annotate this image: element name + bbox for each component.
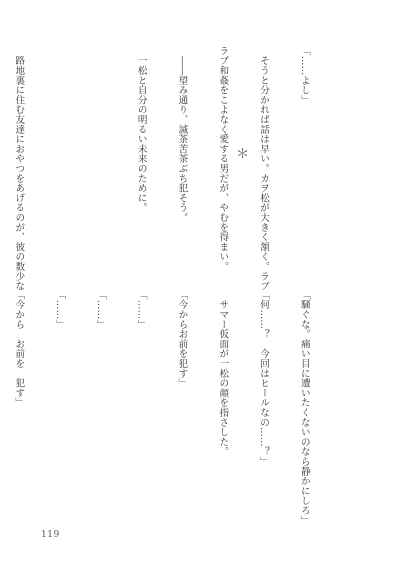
text-line: 路地裏に住む友達におやつをあげるのが、彼の数少な: [12, 46, 26, 278]
text-line: そうと分かれば話は早い。カヲ松が大きく頷く。ラブ: [256, 46, 270, 278]
text-line: 「今からお前を犯す」: [175, 290, 189, 522]
section-gap: [93, 46, 107, 278]
text-line: 「……」: [53, 290, 67, 522]
text-line: 「騒ぐな。痛い目に遭いたくないのなら静かにしろ」: [297, 290, 311, 522]
scene-break-asterisk: ＊: [236, 148, 249, 161]
text-line: 「……」: [134, 290, 148, 522]
text-line: 「何……？ 今回はヒールなの……？」: [256, 290, 270, 522]
upper-text-tier: 「……よし」 そうと分かれば話は早い。カヲ松が大きく頷く。ラブ ラブ和姦をこよな…: [0, 46, 338, 278]
text-line: ――望み通り、滅茶苦茶ぶち犯そう。: [175, 46, 189, 278]
section-gap: [53, 46, 67, 278]
text-line: 「今から お前を 犯す」: [12, 290, 26, 522]
text-line: 一松と自分の明るい未来のために。: [134, 46, 148, 278]
text-line: 「……よし」: [297, 46, 311, 278]
text-line: 「……」: [93, 290, 107, 522]
page-number: 119: [41, 530, 60, 540]
lower-text-tier: 「騒ぐな。痛い目に遭いたくないのなら静かにしろ」 「何……？ 今回はヒールなの……: [0, 290, 338, 522]
text-line: ラブ和姦をこよなく愛する男だが、やむを得まい。: [216, 46, 230, 278]
text-line: サマー仮面が一松の顔を指さした。: [216, 290, 230, 522]
